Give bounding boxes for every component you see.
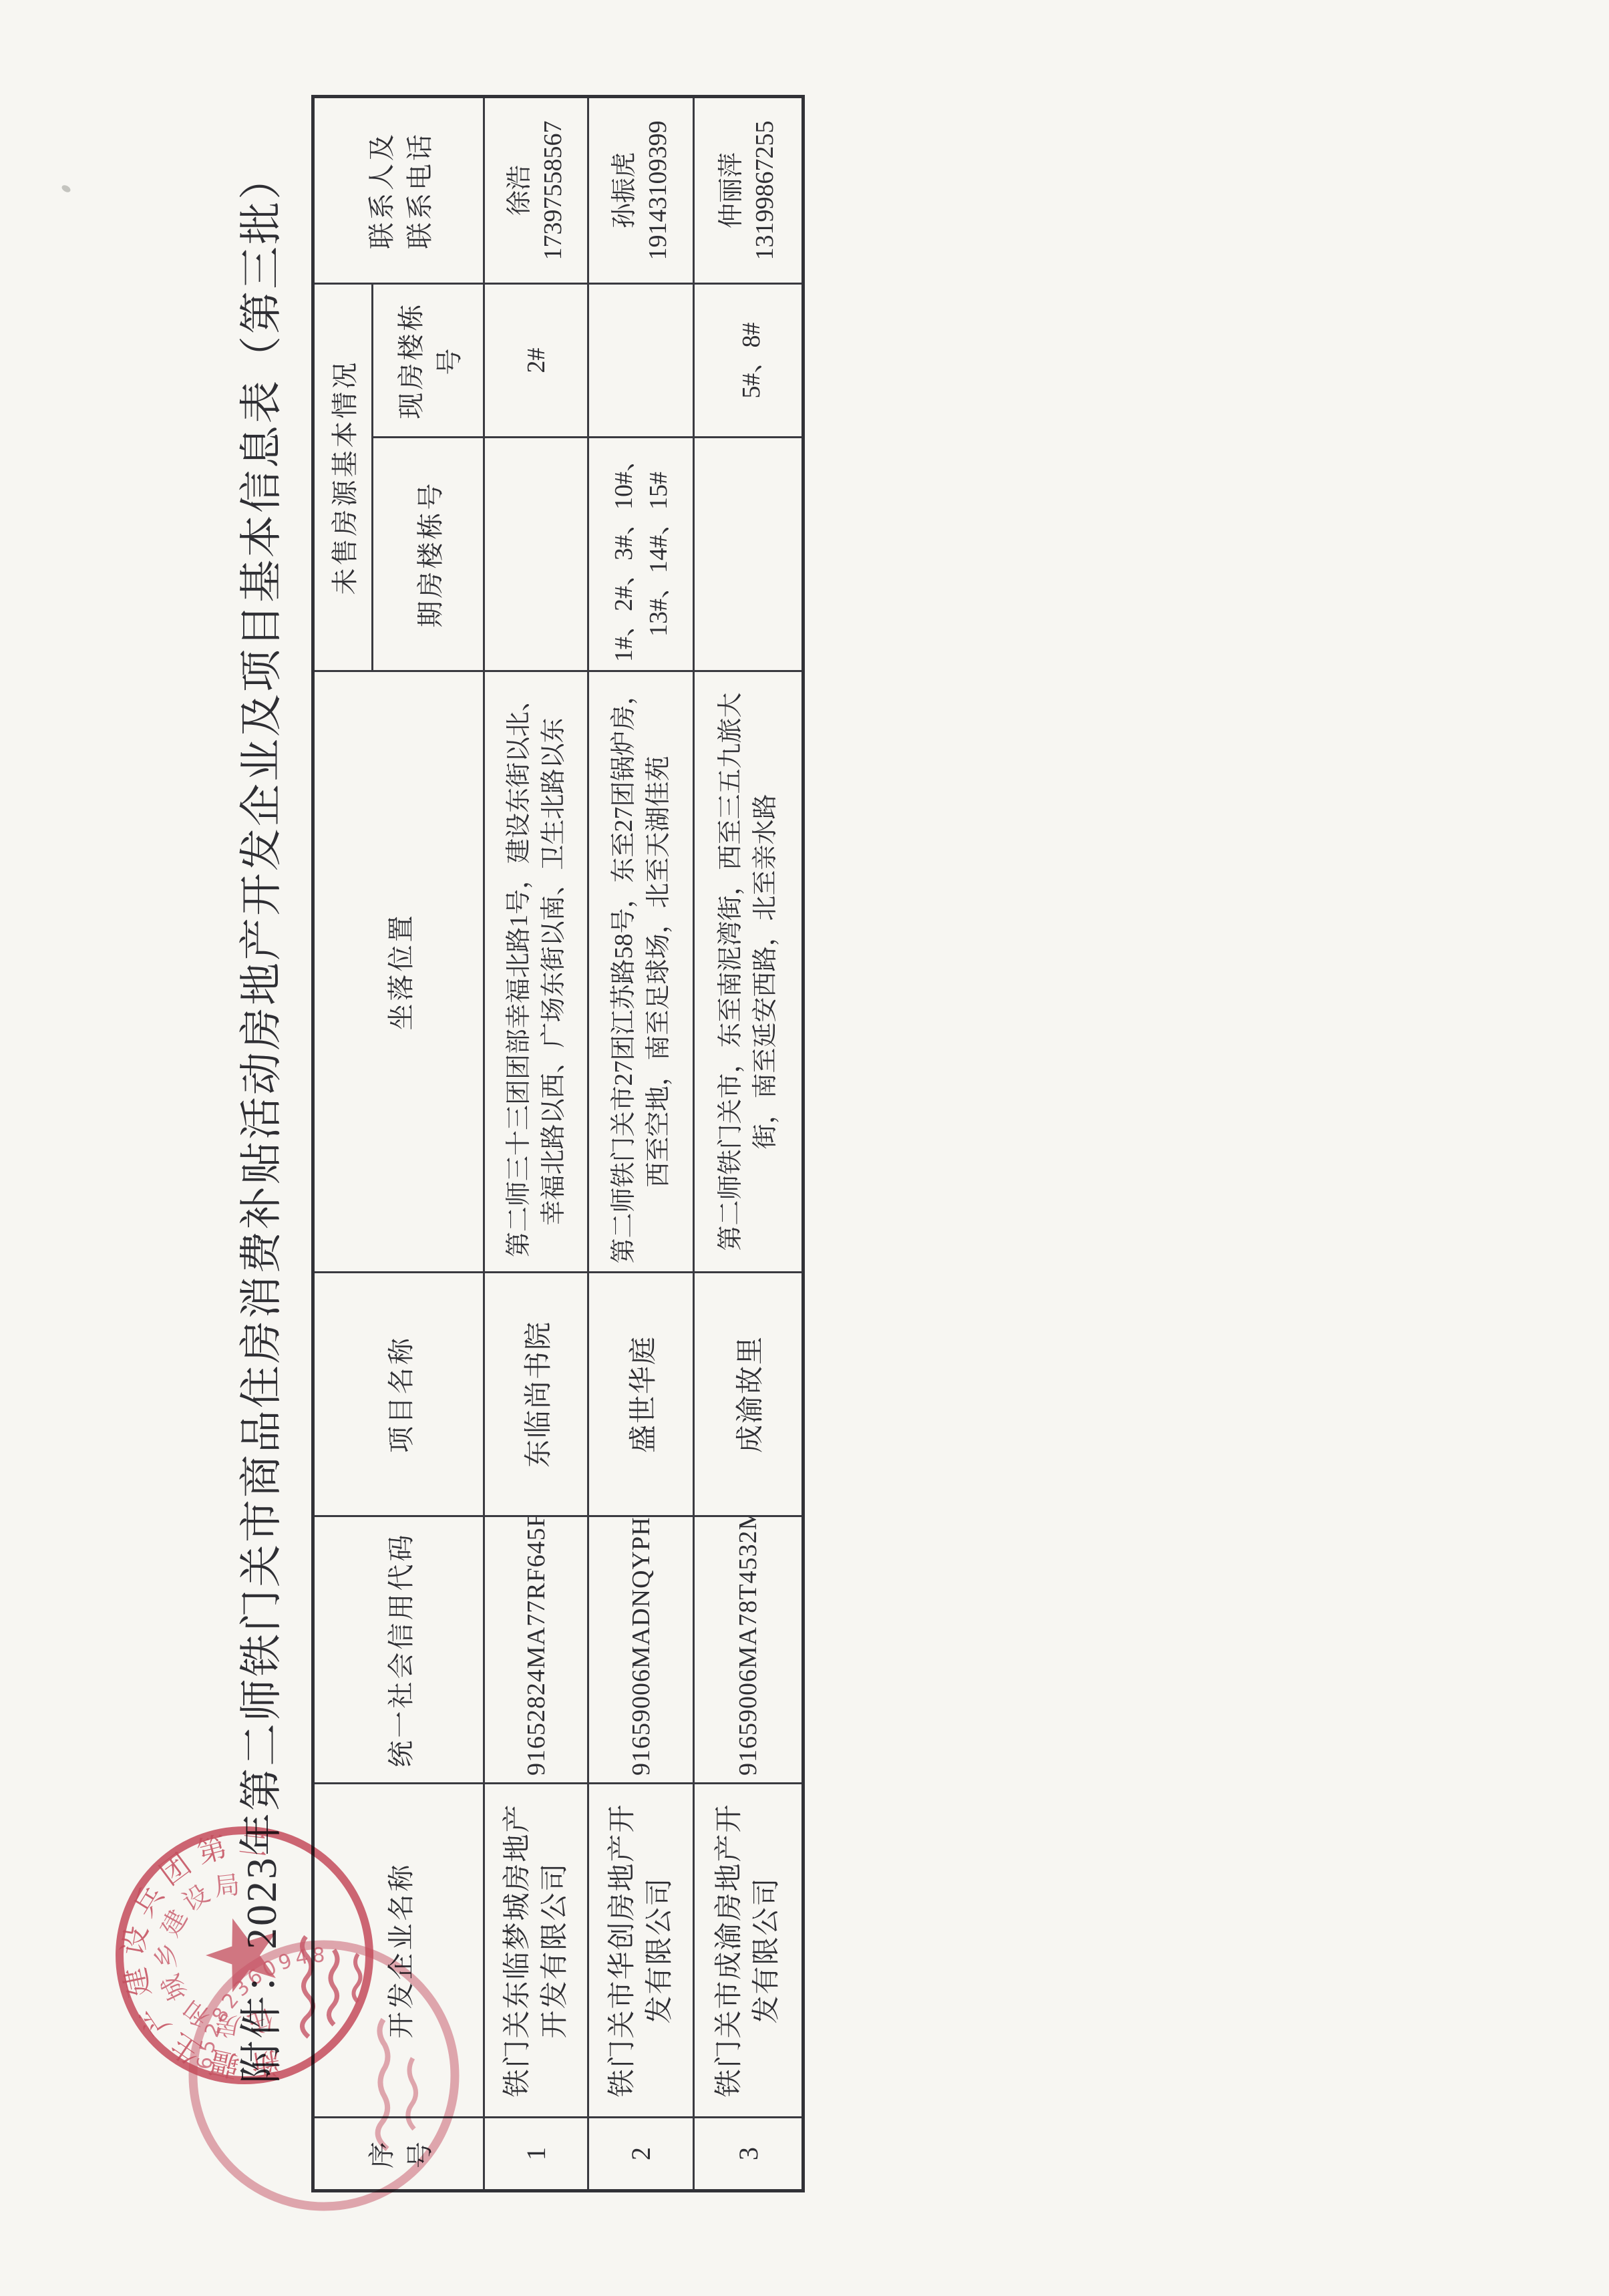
cell-project-3: 成渝故里 — [694, 1273, 803, 1516]
header-contact: 联系人及 联系电话 — [313, 97, 484, 284]
cell-contact-3: 仲丽萍 13199867255 — [694, 97, 803, 284]
table-row: 2 铁门关市华创房地产开发有限公司 91659006MADNQYPH46 盛世华… — [588, 97, 694, 2191]
scanned-page: 附件：2023年第二师铁门关市商品住房消费补贴活动房地产开发企业及项目基本信息表… — [0, 0, 1609, 2296]
header-existing-buildings: 现房楼栋号 — [373, 284, 484, 438]
cell-seq-2: 2 — [588, 2118, 694, 2191]
header-credit-code: 统一社会信用代码 — [313, 1516, 484, 1784]
contact-phone: 13199867255 — [748, 105, 781, 276]
header-contact-line1: 联系人及 — [361, 105, 399, 276]
cell-credit-code-2: 91659006MADNQYPH46 — [588, 1516, 694, 1784]
seal-a: 新疆生产建设兵团第二师 住房和城乡建设局 — [100, 1828, 369, 2223]
cell-contact-1: 徐浩 17397558567 — [484, 97, 588, 284]
cell-location-2: 第二师铁门关市27团江苏路58号，东至27团锅炉房，西至空地，南至足球场，北至天… — [588, 671, 694, 1273]
official-seal-stamp: 65282360948 新疆生产建设兵团第二师 住房和城乡建设局 — [100, 1782, 501, 2223]
cell-credit-code-3: 91659006MA78T4532M — [694, 1516, 803, 1784]
contact-phone: 19143109399 — [641, 105, 675, 276]
cell-presale-2: 1#、2#、3#、10#、13#、14#、15# — [588, 438, 694, 671]
header-project: 项目名称 — [313, 1273, 484, 1516]
contact-phone: 17397558567 — [536, 105, 570, 276]
contact-name: 仲丽萍 — [715, 105, 748, 276]
cell-presale-1 — [484, 438, 588, 671]
contact-name: 徐浩 — [503, 105, 536, 276]
header-contact-line2: 联系电话 — [399, 105, 437, 276]
cell-existing-3: 5#、8# — [694, 284, 803, 438]
contact-name: 孙振虎 — [608, 105, 641, 276]
cell-project-1: 东临尚书院 — [484, 1273, 588, 1516]
cell-seq-3: 3 — [694, 2118, 803, 2191]
cell-developer-2: 铁门关市华创房地产开发有限公司 — [588, 1784, 694, 2118]
header-presale-buildings: 期房楼栋号 — [373, 438, 484, 671]
header-unsold-group: 未售房源基本情况 — [313, 284, 373, 671]
cell-location-1: 第二师三十三团团部幸福北路1号，建设东街以北、幸福北路以西、广场东街以南、卫生北… — [484, 671, 588, 1273]
cell-presale-3 — [694, 438, 803, 671]
cell-project-2: 盛世华庭 — [588, 1273, 694, 1516]
cell-credit-code-1: 91652824MA77RF645F — [484, 1516, 588, 1784]
dust-speck — [61, 184, 72, 194]
header-location: 坐落位置 — [313, 671, 484, 1273]
cell-developer-3: 铁门关市成渝房地产开发有限公司 — [694, 1784, 803, 2118]
cell-existing-2 — [588, 284, 694, 438]
cell-contact-2: 孙振虎 19143109399 — [588, 97, 694, 284]
cell-existing-1: 2# — [484, 284, 588, 438]
table-row: 3 铁门关市成渝房地产开发有限公司 91659006MA78T4532M 成渝故… — [694, 97, 803, 2191]
cell-location-3: 第二师铁门关市，东至南泥湾街，西至三五九旅大街，南至延安西路，北至亲水路 — [694, 671, 803, 1273]
